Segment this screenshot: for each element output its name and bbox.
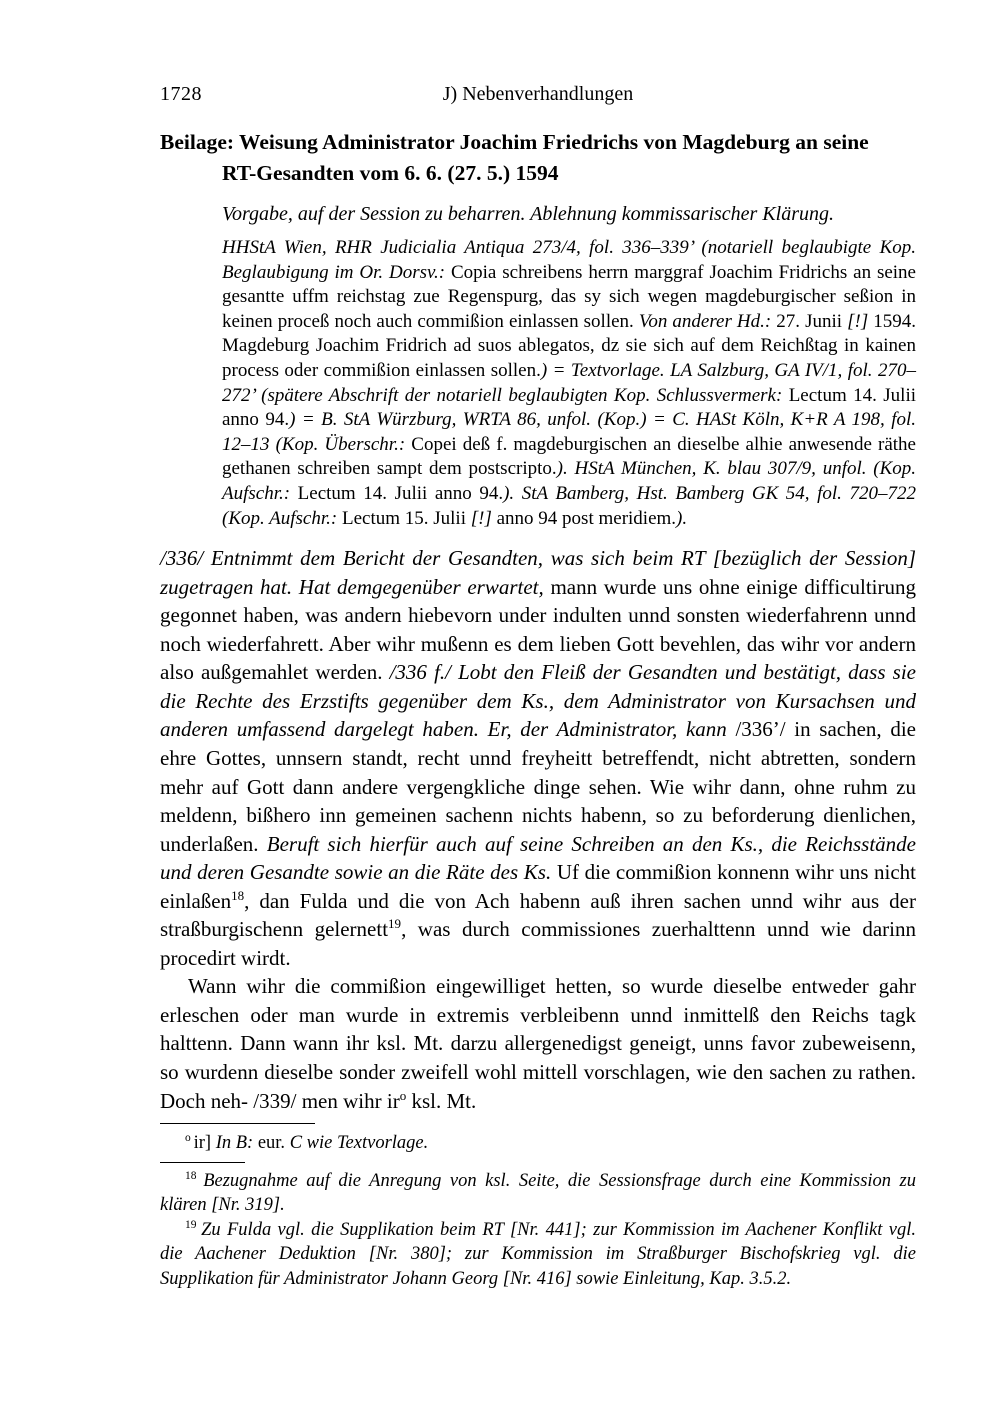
page-number: 1728 <box>160 83 202 105</box>
text-run: ). <box>676 508 687 529</box>
main-text: /336/ Entnimmt dem Bericht der Gesandten… <box>160 544 916 1115</box>
footnote-18: 18 Bezugnahme auf die Anregung von ksl. … <box>160 1169 916 1218</box>
running-head: J) Nebenverhandlungen <box>160 83 916 105</box>
text-run: 18 <box>185 1169 203 1181</box>
text-run: [!] <box>471 508 497 529</box>
document-heading-line-1: Beilage: Weisung Administrator Joachim F… <box>160 130 869 154</box>
text-run: [!] <box>847 311 873 332</box>
text-run: 27. Junii <box>776 311 847 332</box>
main-paragraph-2: Wann wihr die commißion eingewilliget he… <box>160 972 916 1115</box>
text-run: Von anderer Hd.: <box>639 311 776 332</box>
footnotes-section: 18 Bezugnahme auf die Anregung von ksl. … <box>160 1162 916 1292</box>
document-heading: Beilage: Weisung Administrator Joachim F… <box>160 127 916 188</box>
text-run: 19 <box>185 1219 201 1231</box>
text-run: Bezugnahme auf die Anregung von ksl. Sei… <box>160 1171 916 1216</box>
text-run: 18 <box>231 888 244 903</box>
text-run: Lectum 15. Julii <box>342 508 471 529</box>
text-run: C wie Textvorlage. <box>290 1133 429 1153</box>
text-run: Wann wihr die commißion eingewilliget he… <box>160 974 916 1112</box>
text-run: 19 <box>388 916 401 931</box>
text-run: ksl. Mt. <box>406 1089 476 1113</box>
footnote-19: 19 Zu Fulda vgl. die Supplikation beim R… <box>160 1218 916 1292</box>
text-run: Zu Fulda vgl. die Supplikation beim RT [… <box>160 1220 916 1289</box>
text-run: eur. <box>258 1133 290 1153</box>
document-heading-line-2: RT-Gesandten vom 6. 6. (27. 5.) 1594 <box>160 158 916 189</box>
text-run: Lectum 14. Julii anno 94. <box>298 483 503 504</box>
text-run: ir] <box>194 1133 216 1153</box>
text-run: anno 94 post meridiem. <box>497 508 676 529</box>
footnote-separator-rule <box>160 1162 245 1163</box>
apparatus-separator-rule <box>160 1123 315 1124</box>
main-paragraph-1: /336/ Entnimmt dem Bericht der Gesandten… <box>160 544 916 972</box>
critical-apparatus: o ir] In B: eur. C wie Textvorlage. <box>160 1123 916 1155</box>
source-description: HHStA Wien, RHR Judicialia Antiqua 273/4… <box>222 236 916 531</box>
editorial-summary: Vorgabe, auf der Session zu beharren. Ab… <box>222 202 916 227</box>
page-header: 1728 J) Nebenverhandlungen <box>160 83 916 107</box>
apparatus-entry: o ir] In B: eur. C wie Textvorlage. <box>160 1131 916 1155</box>
text-run: In B: <box>216 1133 258 1153</box>
book-page: 1728 J) Nebenverhandlungen Beilage: Weis… <box>0 0 1004 1418</box>
text-run: o <box>185 1132 194 1144</box>
